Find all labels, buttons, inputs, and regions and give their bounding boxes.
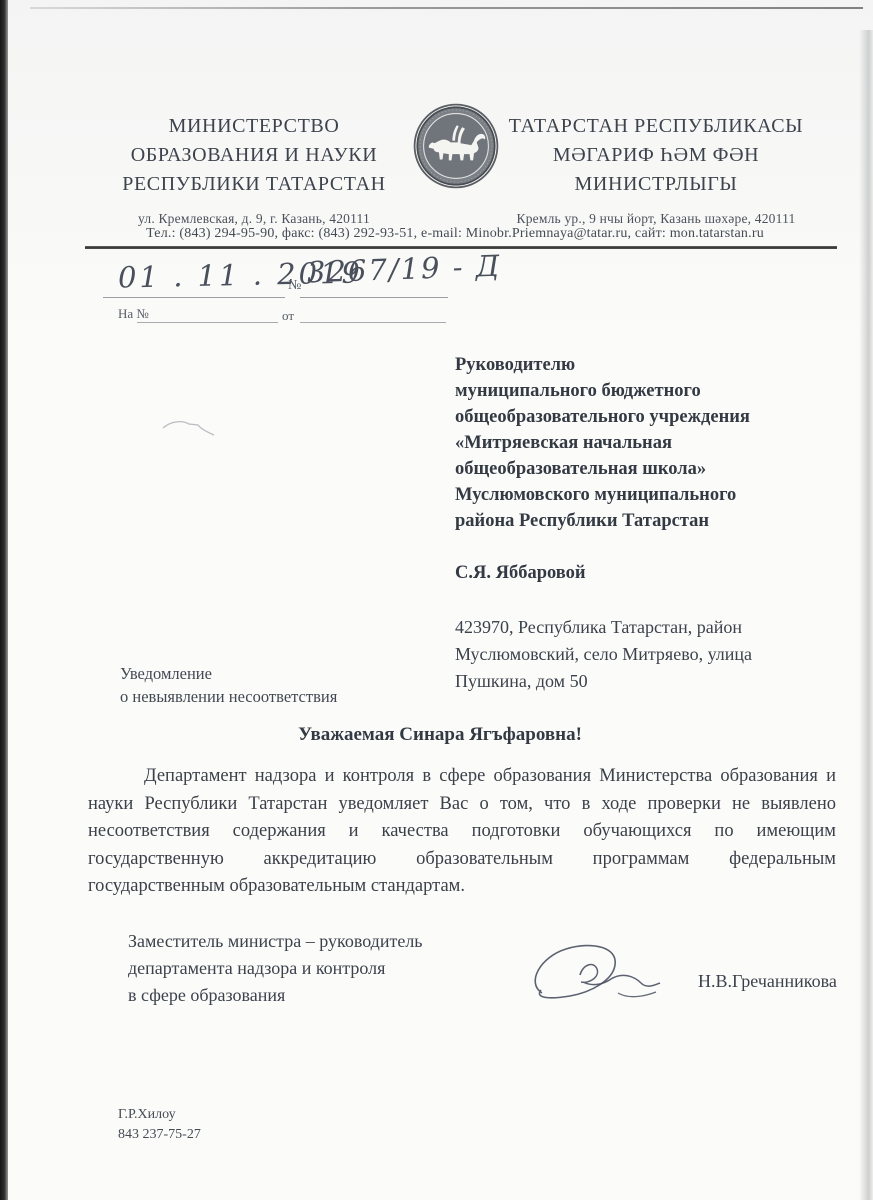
signer-position-block: Заместитель министра – руководитель депа…	[128, 928, 488, 1009]
ministry-ru-title-line: МИНИСТЕРСТВО	[88, 112, 420, 141]
executor-phone: 843 237-75-27	[118, 1125, 201, 1145]
recipient-address-line: Пушкина, дом 50	[455, 668, 850, 695]
letterhead-divider	[85, 246, 837, 249]
pencil-mark-artifact	[160, 416, 222, 442]
handwritten-outgoing-number: 3267/19 - Д	[306, 249, 501, 290]
signer-position-line: департамента надзора и контроля	[128, 955, 488, 982]
recipient-address-line: Муслюмовский, село Митряево, улица	[455, 641, 850, 668]
scanned-letter-page: МИНИСТЕРСТВО ОБРАЗОВАНИЯ И НАУКИ РЕСПУБЛ…	[0, 0, 873, 1200]
ministry-header-tatar: ТАТАРСТАН РЕСПУБЛИКАСЫ МӘГАРИФ ҺӘМ ФӘН М…	[488, 112, 824, 227]
ministry-tat-title-line: ТАТАРСТАН РЕСПУБЛИКАСЫ	[488, 112, 824, 141]
handwritten-signature-icon	[522, 933, 667, 1021]
recipient-org-line: Руководителю	[455, 352, 850, 378]
ministry-tat-title-line: МӘГАРИФ ҺӘМ ФӘН	[488, 141, 824, 170]
scan-left-edge	[0, 0, 8, 1200]
number-underline	[300, 297, 448, 298]
subject-line: о невыявлении несоответствия	[120, 685, 337, 708]
recipient-person-name: С.Я. Яббаровой	[455, 563, 850, 584]
recipient-org-line: общеобразовательная школа»	[455, 456, 850, 482]
salutation: Уважаемая Синара Ягъфаровна!	[60, 724, 820, 746]
recipient-block: Руководителю муниципального бюджетного о…	[455, 352, 850, 695]
reply-date-underline	[300, 322, 446, 323]
ministry-header-russian: МИНИСТЕРСТВО ОБРАЗОВАНИЯ И НАУКИ РЕСПУБЛ…	[88, 112, 420, 227]
recipient-org-line: Муслюмовского муниципального	[455, 482, 850, 508]
number-sign: №	[288, 278, 301, 294]
ministry-tat-address: Кремль ур., 9 нчы йорт, Казань шәхәре, 4…	[488, 211, 824, 227]
signer-position-line: в сфере образования	[128, 982, 488, 1009]
reply-number-underline	[137, 322, 278, 323]
recipient-address-line: 423970, Республика Татарстан, район	[455, 614, 850, 641]
recipient-org-line: общеобразовательного учреждения	[455, 404, 850, 430]
signer-name: Н.В.Гречанникова	[698, 971, 837, 992]
signer-position-line: Заместитель министра – руководитель	[128, 928, 488, 955]
date-underline	[103, 297, 285, 298]
body-paragraph: Департамент надзора и контроля в сфере о…	[88, 763, 836, 901]
contact-line: Тел.: (843) 294-95-90, факс: (843) 292-9…	[60, 226, 850, 242]
ministry-tat-title-line: МИНИСТРЛЫГЫ	[488, 170, 824, 199]
subject-line: Уведомление	[120, 662, 337, 685]
executor-block: Г.Р.Хилоу 843 237-75-27	[118, 1105, 201, 1145]
document-subject: Уведомление о невыявлении несоответствия	[120, 662, 337, 708]
recipient-org-line: «Митряевская начальная	[455, 430, 850, 456]
recipient-org-line: муниципального бюджетного	[455, 378, 850, 404]
reply-from-label: от	[282, 308, 294, 324]
ministry-ru-title-line: ОБРАЗОВАНИЯ И НАУКИ	[88, 141, 420, 170]
executor-name: Г.Р.Хилоу	[118, 1105, 201, 1125]
ministry-ru-address: ул. Кремлевская, д. 9, г. Казань, 420111	[88, 211, 420, 227]
recipient-org-line: района Республики Татарстан	[455, 508, 850, 534]
reply-to-label: На №	[118, 306, 149, 322]
ministry-ru-title-line: РЕСПУБЛИКИ ТАТАРСТАН	[88, 170, 420, 199]
